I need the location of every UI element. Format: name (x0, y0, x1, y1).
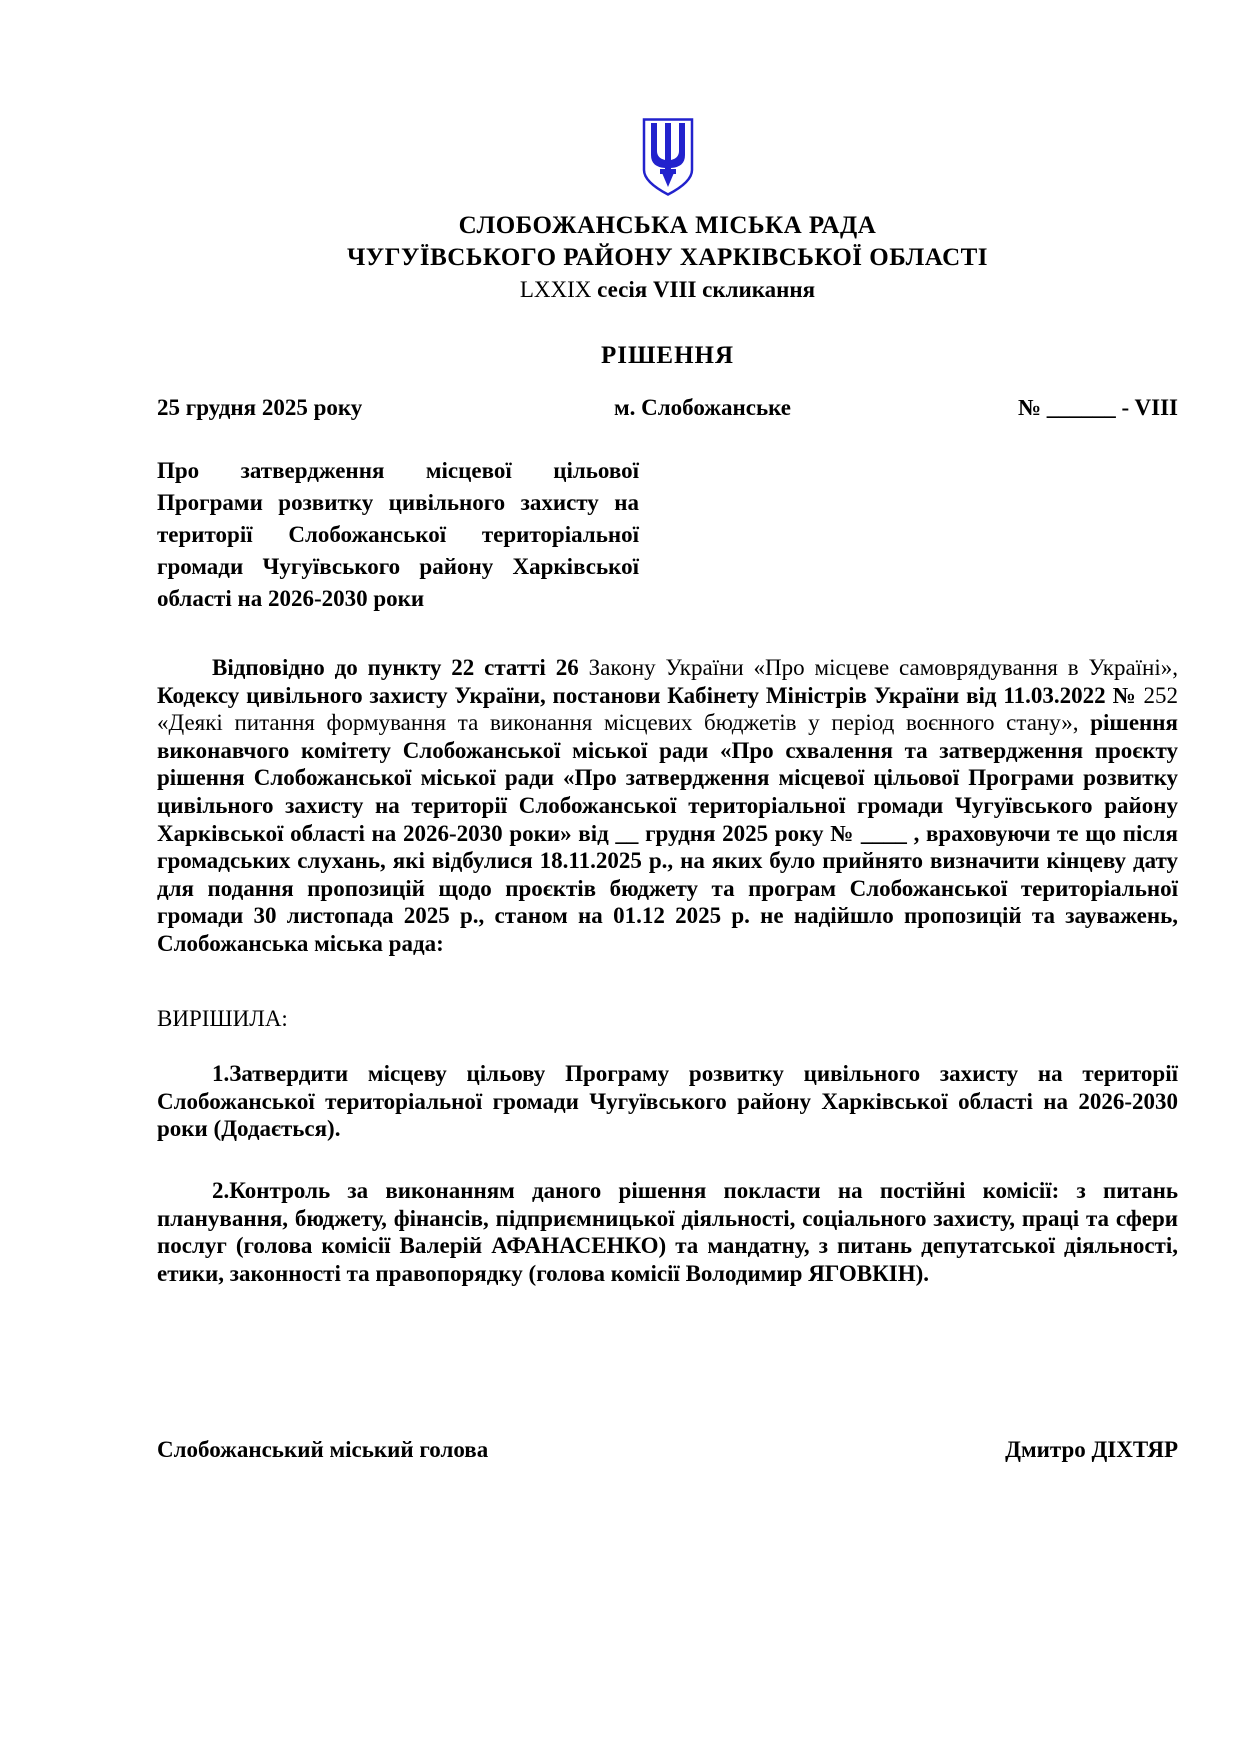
subject-block: Про затвердження місцевої цільової Прогр… (157, 455, 639, 615)
session-number: LXXIX (520, 277, 597, 302)
resolved-label: ВИРІШИЛА: (157, 1005, 1178, 1033)
document-header: СЛОБОЖАНСЬКА МІСЬКА РАДА ЧУГУЇВСЬКОГО РА… (157, 118, 1178, 304)
decision-number: № ______ - VIII (948, 394, 1178, 422)
preamble-bold-3: рішення виконавчого комітету Слобожанськ… (157, 710, 1178, 956)
decision-place: м. Слобожанське (457, 394, 948, 422)
preamble-bold-2: Кодексу цивільного захисту України, пост… (157, 683, 1144, 708)
document-title: РІШЕННЯ (157, 341, 1178, 371)
preamble-paragraph: Відповідно до пункту 22 статті 26 Закону… (157, 654, 1178, 958)
trident-icon (641, 118, 695, 196)
preamble-bold-1: Відповідно до пункту 22 статті 26 (212, 655, 589, 680)
signature-row: Слобожанський міський голова Дмитро ДІХТ… (157, 1436, 1178, 1464)
decision-date: 25 грудня 2025 року (157, 394, 457, 422)
meta-row: 25 грудня 2025 року м. Слобожанське № __… (157, 394, 1178, 422)
council-name: СЛОБОЖАНСЬКА МІСЬКА РАДА (157, 210, 1178, 242)
decision-document-page: СЛОБОЖАНСЬКА МІСЬКА РАДА ЧУГУЇВСЬКОГО РА… (0, 0, 1240, 1754)
signatory-position: Слобожанський міський голова (157, 1436, 488, 1464)
resolution-item-1: 1.Затвердити місцеву цільову Програму ро… (157, 1060, 1178, 1143)
resolution-item-2: 2.Контроль за виконанням даного рішення … (157, 1177, 1178, 1287)
session-convocation: сесія VIII скликання (597, 277, 815, 302)
signatory-name: Дмитро ДІХТЯР (1005, 1436, 1178, 1464)
ukraine-trident-emblem (157, 118, 1178, 196)
session-line: LXXIX сесія VIII скликання (157, 276, 1178, 304)
district-name: ЧУГУЇВСЬКОГО РАЙОНУ ХАРКІВСЬКОЇ ОБЛАСТІ (157, 242, 1178, 274)
preamble-regular-1: Закону України «Про місцеве самоврядуван… (589, 655, 1178, 680)
